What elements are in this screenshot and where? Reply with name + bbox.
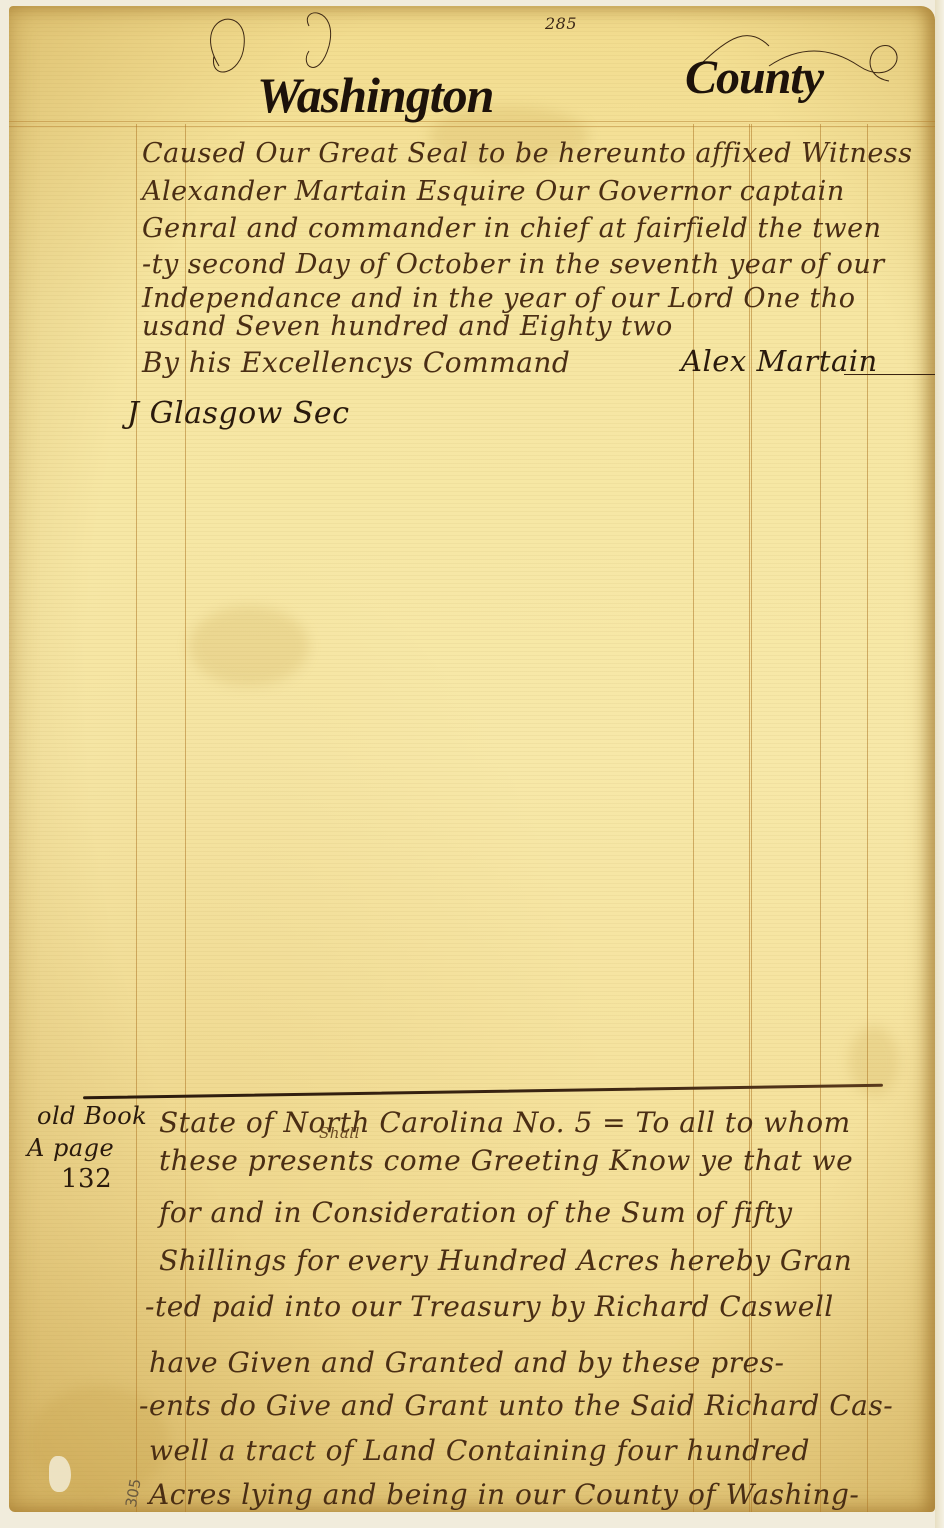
secretary-signature: J Glasgow Sec [127, 396, 350, 431]
column-rule [867, 124, 868, 1512]
page-number: 285 [545, 14, 577, 33]
binding-edge [935, 0, 944, 1528]
signature-underline [844, 374, 935, 375]
stain [189, 606, 309, 686]
entry1-line: Alexander Martain Esquire Our Governor c… [142, 176, 845, 207]
header-rule [9, 126, 935, 127]
paper-tear [49, 1456, 71, 1492]
entry-divider [83, 1084, 883, 1100]
entry2-line: -ents do Give and Grant unto the Said Ri… [139, 1389, 893, 1422]
heading-county: County [685, 50, 823, 105]
entry2-line: -ted paid into our Treasury by Richard C… [145, 1290, 834, 1323]
margin-note-page: A page [27, 1134, 114, 1162]
governor-signature: Alex Martain [681, 344, 878, 378]
entry2-line: Acres lying and being in our County of W… [149, 1478, 859, 1511]
entry1-line: Genral and commander in chief at fairfie… [142, 213, 882, 244]
margin-rule [136, 124, 137, 1512]
entry2-line: Shillings for every Hundred Acres hereby… [159, 1244, 852, 1277]
entry2-line: for and in Consideration of the Sum of f… [159, 1196, 793, 1229]
entry2-line: have Given and Granted and by these pres… [149, 1346, 784, 1379]
entry2-line: State of North Carolina No. 5 = To all t… [159, 1106, 851, 1139]
entry1-line: By his Excellencys Command [142, 346, 570, 379]
margin-note-number: 132 [61, 1164, 112, 1194]
entry2-line: well a tract of Land Containing four hun… [149, 1434, 810, 1467]
entry1-line: -ty second Day of October in the seventh… [142, 249, 885, 280]
pencil-page-note: 305 [122, 1477, 145, 1508]
margin-note-book: old Book [37, 1102, 147, 1130]
heading-washington: Washington [257, 66, 493, 124]
entry1-line: Independance and in the year of our Lord… [142, 283, 856, 314]
entry1-line: usand Seven hundred and Eighty two [142, 311, 673, 342]
ledger-page: 285 Washington County Caused Our Great S… [9, 6, 935, 1512]
entry2-line: these presents come Greeting Know ye tha… [159, 1144, 853, 1177]
insertion-above-line: Shall [319, 1124, 360, 1142]
entry1-line: Caused Our Great Seal to be hereunto aff… [142, 138, 913, 169]
document-scan: 285 Washington County Caused Our Great S… [0, 0, 944, 1528]
